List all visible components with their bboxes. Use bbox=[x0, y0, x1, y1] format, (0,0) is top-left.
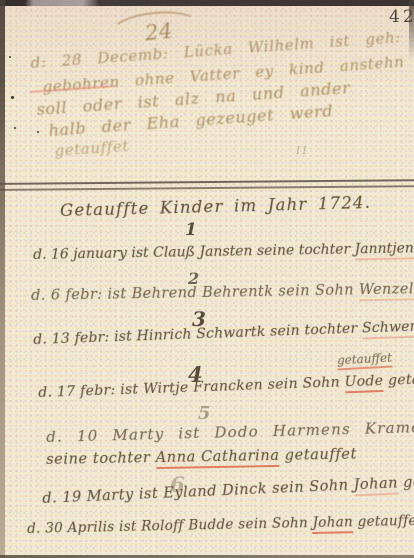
baptism-name: Anna Catharina bbox=[156, 448, 280, 469]
baptism-entry-5-line-1: d. 10 Marty ist Dodo Harmens Kramer bbox=[46, 418, 414, 446]
top-note-line-5: getauffet bbox=[54, 137, 130, 160]
scan-edge-left bbox=[0, 0, 5, 558]
page-number: 42 bbox=[389, 7, 414, 27]
ink-speck bbox=[9, 56, 11, 58]
register-heading: Getauffte Kinder im Jahr 1724. bbox=[60, 193, 372, 220]
baptism-entry-4: d. 17 febr: ist Wirtje Francken sein Soh… bbox=[38, 371, 414, 401]
baptism-entry-2: d. 6 febr: ist Behrend Behrentk sein Soh… bbox=[31, 280, 414, 304]
entry-text: getaufft bbox=[398, 473, 414, 492]
ink-speck bbox=[11, 96, 14, 99]
baptism-name: Johan bbox=[312, 514, 353, 534]
entry-number-5: 5 bbox=[198, 403, 211, 424]
ink-speck bbox=[37, 131, 39, 133]
ink-speck bbox=[14, 127, 16, 129]
baptism-name: Janntjen bbox=[354, 240, 414, 260]
baptism-entry-6: d. 19 Marty ist Eyland Dinck sein Sohn J… bbox=[42, 473, 414, 507]
entry-text: d. 30 Aprilis ist Roloff Budde sein Sohn bbox=[27, 515, 313, 537]
entry-text: getauffet bbox=[279, 447, 357, 464]
baptism-entry-3: d. 13 febr: ist Hinrich Schwartk sein to… bbox=[33, 317, 414, 348]
entry-text: d. 19 Marty ist Eyland Dinck sein Sohn bbox=[42, 477, 354, 507]
double-rule-bottom bbox=[0, 185, 414, 190]
entry-text: getaufft bbox=[383, 371, 414, 389]
entry-number-1: 1 bbox=[185, 220, 197, 240]
baptism-name: Schweranda bbox=[362, 317, 414, 339]
double-rule-top bbox=[0, 179, 414, 185]
entry-text: d. 6 febr: ist Behrend Behrentk sein Soh… bbox=[31, 282, 359, 304]
circled-number: 24 bbox=[144, 19, 174, 46]
baptism-entry-3-continuation: getauffet bbox=[337, 351, 393, 368]
baptism-entry-5-line-2: seine tochter Anna Catharina getauffet bbox=[46, 447, 357, 468]
scan-edge-top bbox=[0, 0, 414, 6]
margin-mark: II bbox=[296, 144, 309, 157]
baptism-name: Uode bbox=[344, 373, 383, 393]
manuscript-page: 42 24 d: 28 Decemb: Lücka Wilhelm ist ge… bbox=[0, 0, 414, 558]
baptism-name: Johan bbox=[353, 475, 398, 496]
entry-text: d. 16 january ist Clauß Jansten seine to… bbox=[33, 241, 355, 263]
entry-text: seine tochter bbox=[46, 450, 156, 468]
baptism-entry-1: d. 16 january ist Clauß Jansten seine to… bbox=[33, 240, 414, 263]
baptism-entry-7: d. 30 Aprilis ist Roloff Budde sein Sohn… bbox=[27, 513, 414, 537]
baptized-word: getauffet bbox=[337, 351, 393, 371]
entry-text: getauffet bbox=[353, 513, 414, 530]
baptism-name: Wenzel bbox=[359, 281, 414, 301]
